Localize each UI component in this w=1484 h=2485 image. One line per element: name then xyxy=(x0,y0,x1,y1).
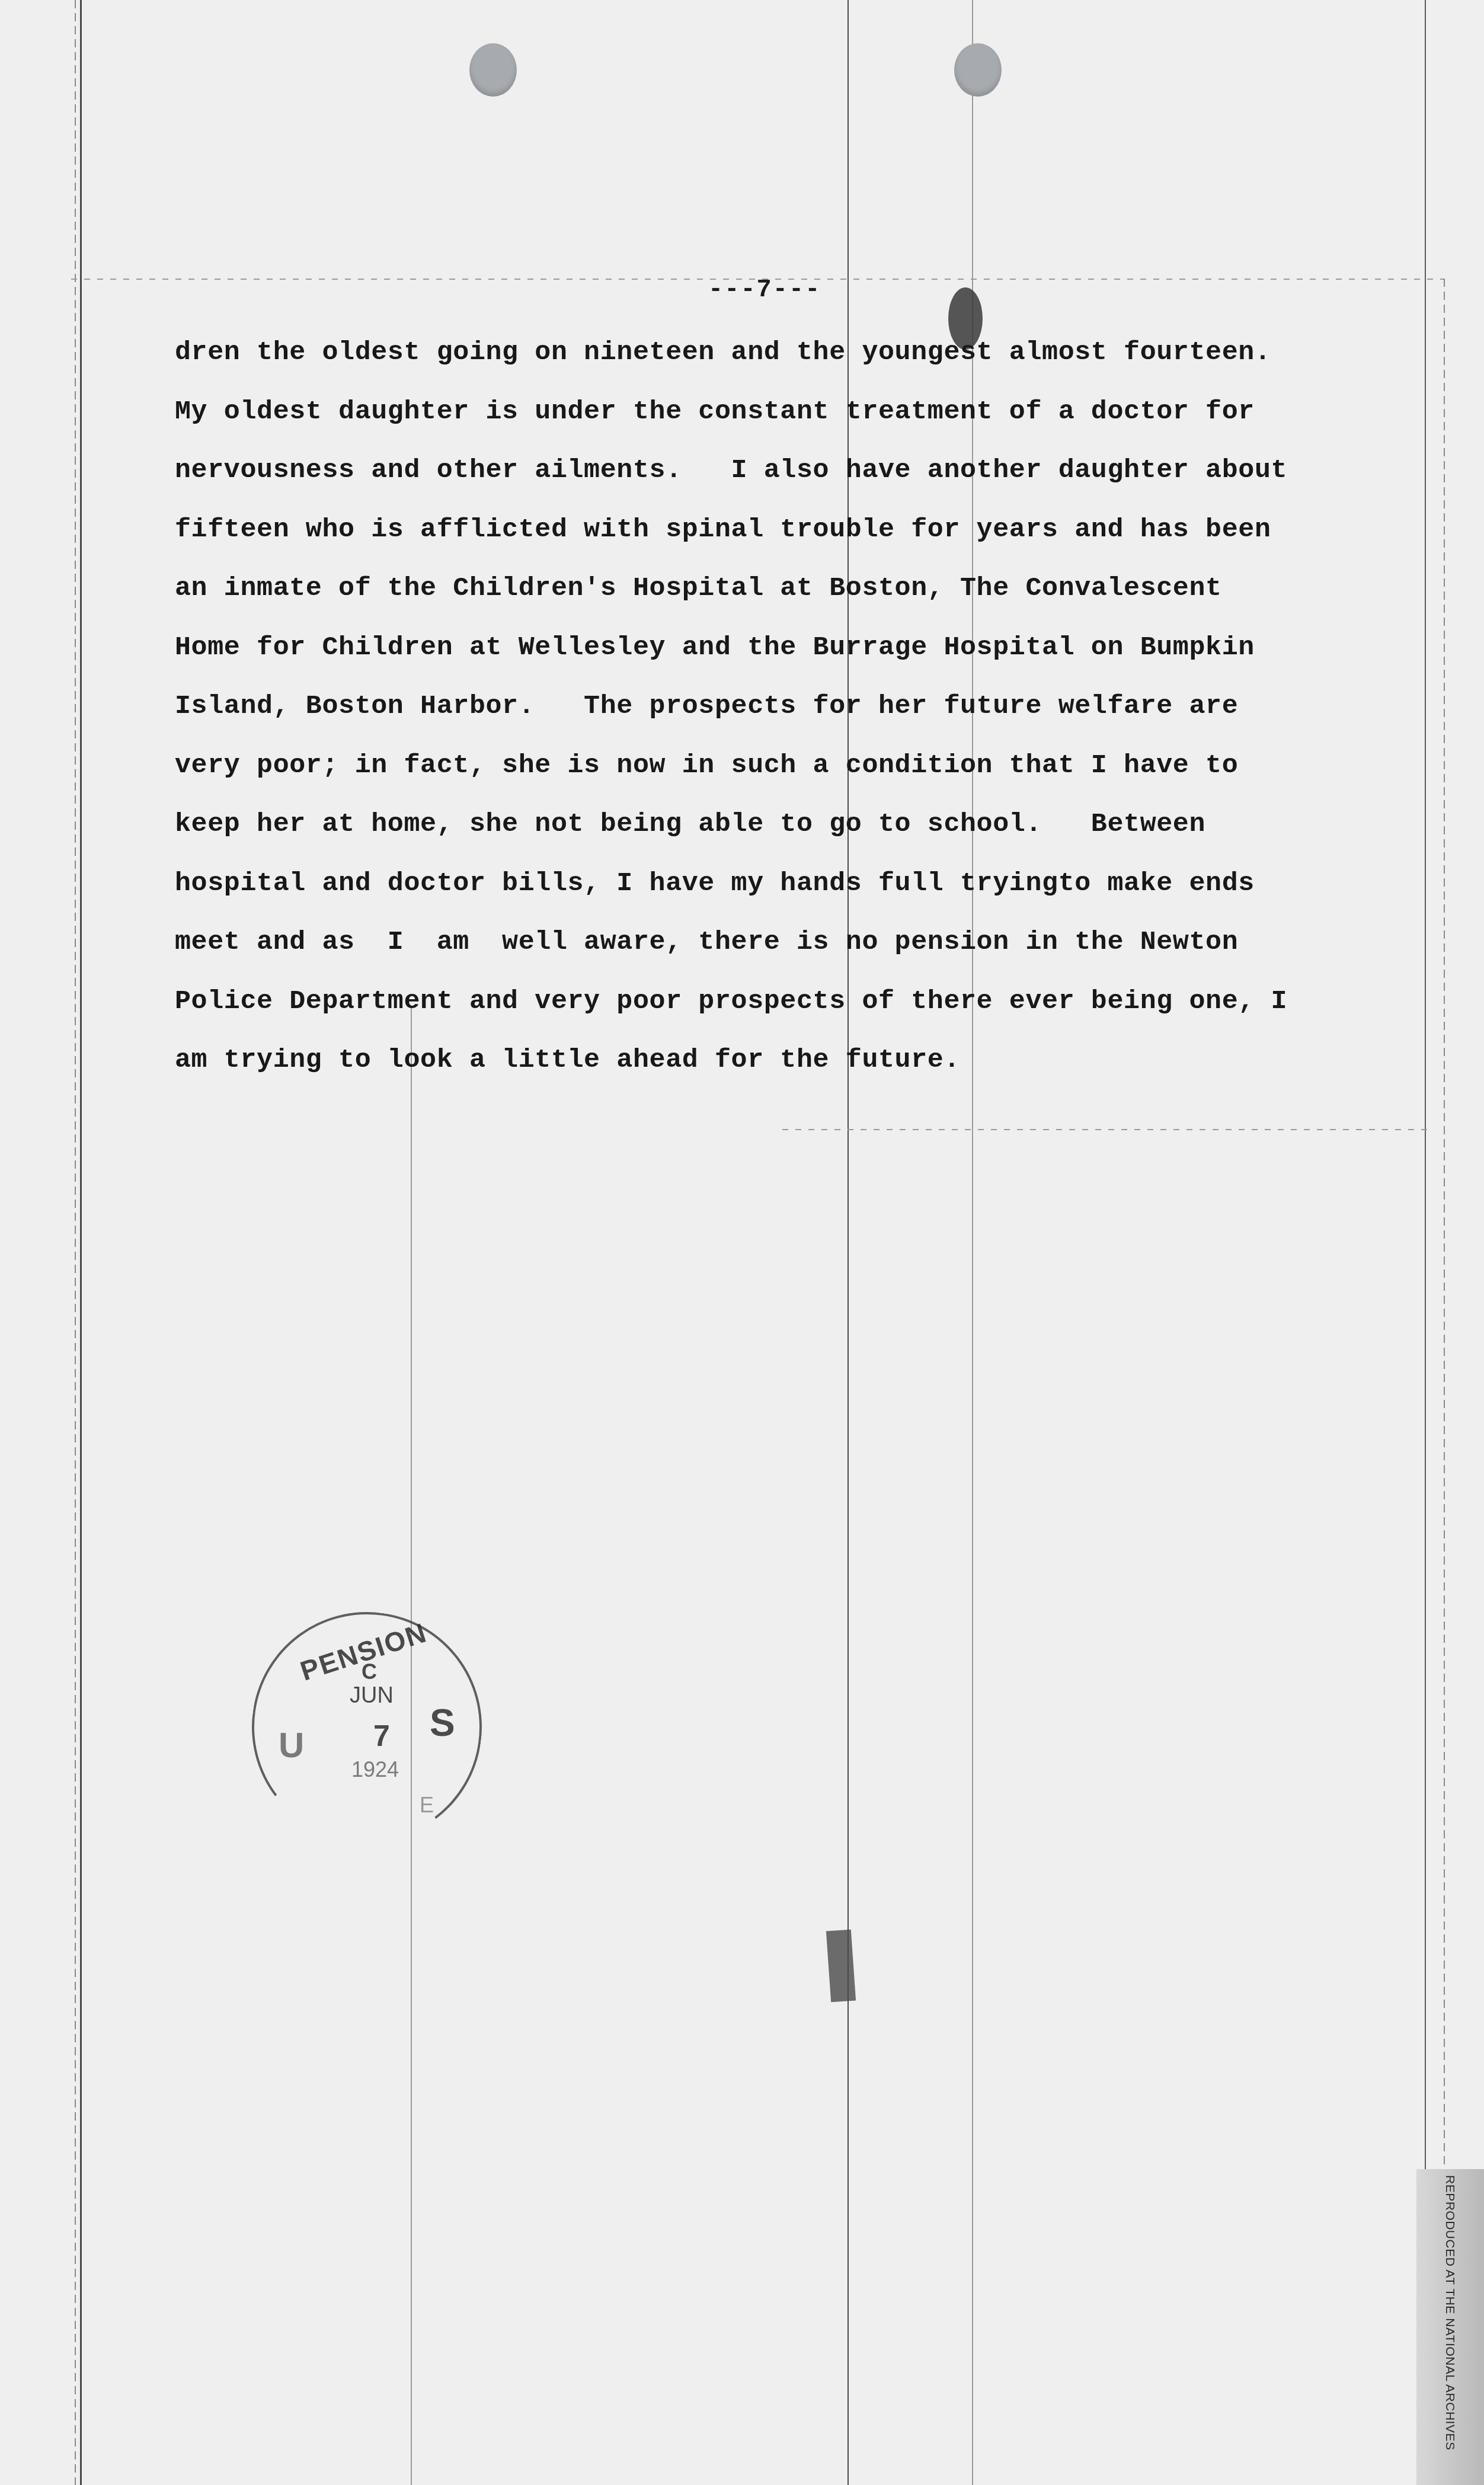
stamp-day: 7 xyxy=(373,1719,390,1753)
text-line: Home for Children at Wellesley and the B… xyxy=(175,624,1419,683)
text-line: meet and as I am well aware, there is no… xyxy=(175,919,1419,978)
stamp-left-letter: U xyxy=(279,1725,304,1766)
archives-label: REPRODUCED AT THE NATIONAL ARCHIVES xyxy=(1416,2169,1484,2485)
stamp-year: 1924 xyxy=(351,1757,399,1782)
text-line: My oldest daughter is under the constant… xyxy=(175,388,1419,447)
letter-body: dren the oldest going on nineteen and th… xyxy=(175,329,1419,1096)
margin-line-left-dashed xyxy=(75,0,76,2485)
margin-line-left xyxy=(80,0,82,2485)
text-line: very poor; in fact, she is now in such a… xyxy=(175,742,1419,801)
punch-hole-left xyxy=(469,43,517,97)
stamp-bottom-letter: E xyxy=(420,1793,434,1818)
text-line: an inmate of the Children's Hospital at … xyxy=(175,565,1419,624)
page-number: ---7--- xyxy=(708,276,821,304)
stamp-month: JUN xyxy=(350,1683,394,1709)
text-line: dren the oldest going on nineteen and th… xyxy=(175,329,1419,388)
stamp-right-letter: S xyxy=(430,1701,455,1745)
punch-hole-right xyxy=(954,43,1002,97)
text-line: hospital and doctor bills, I have my han… xyxy=(175,860,1419,919)
text-line: fifteen who is afflicted with spinal tro… xyxy=(175,506,1419,565)
text-line: Police Department and very poor prospect… xyxy=(175,978,1419,1037)
margin-line-right xyxy=(1425,0,1426,2485)
bottom-guide-line xyxy=(782,1129,1434,1130)
archives-label-text: REPRODUCED AT THE NATIONAL ARCHIVES xyxy=(1443,2175,1457,2450)
pension-postmark-stamp: PENSION C JUN 7 1924 U S E xyxy=(252,1612,483,1843)
stamp-letter: C xyxy=(362,1659,377,1684)
text-line: am trying to look a little ahead for the… xyxy=(175,1037,1419,1096)
document-page: ---7--- dren the oldest going on ninetee… xyxy=(0,0,1484,2485)
text-line: keep her at home, she not being able to … xyxy=(175,801,1419,860)
text-line: Island, Boston Harbor. The prospects for… xyxy=(175,683,1419,742)
margin-line-right-dashed xyxy=(1444,279,1445,2485)
ink-smudge xyxy=(826,1930,856,2003)
text-line: nervousness and other ailments. I also h… xyxy=(175,447,1419,506)
